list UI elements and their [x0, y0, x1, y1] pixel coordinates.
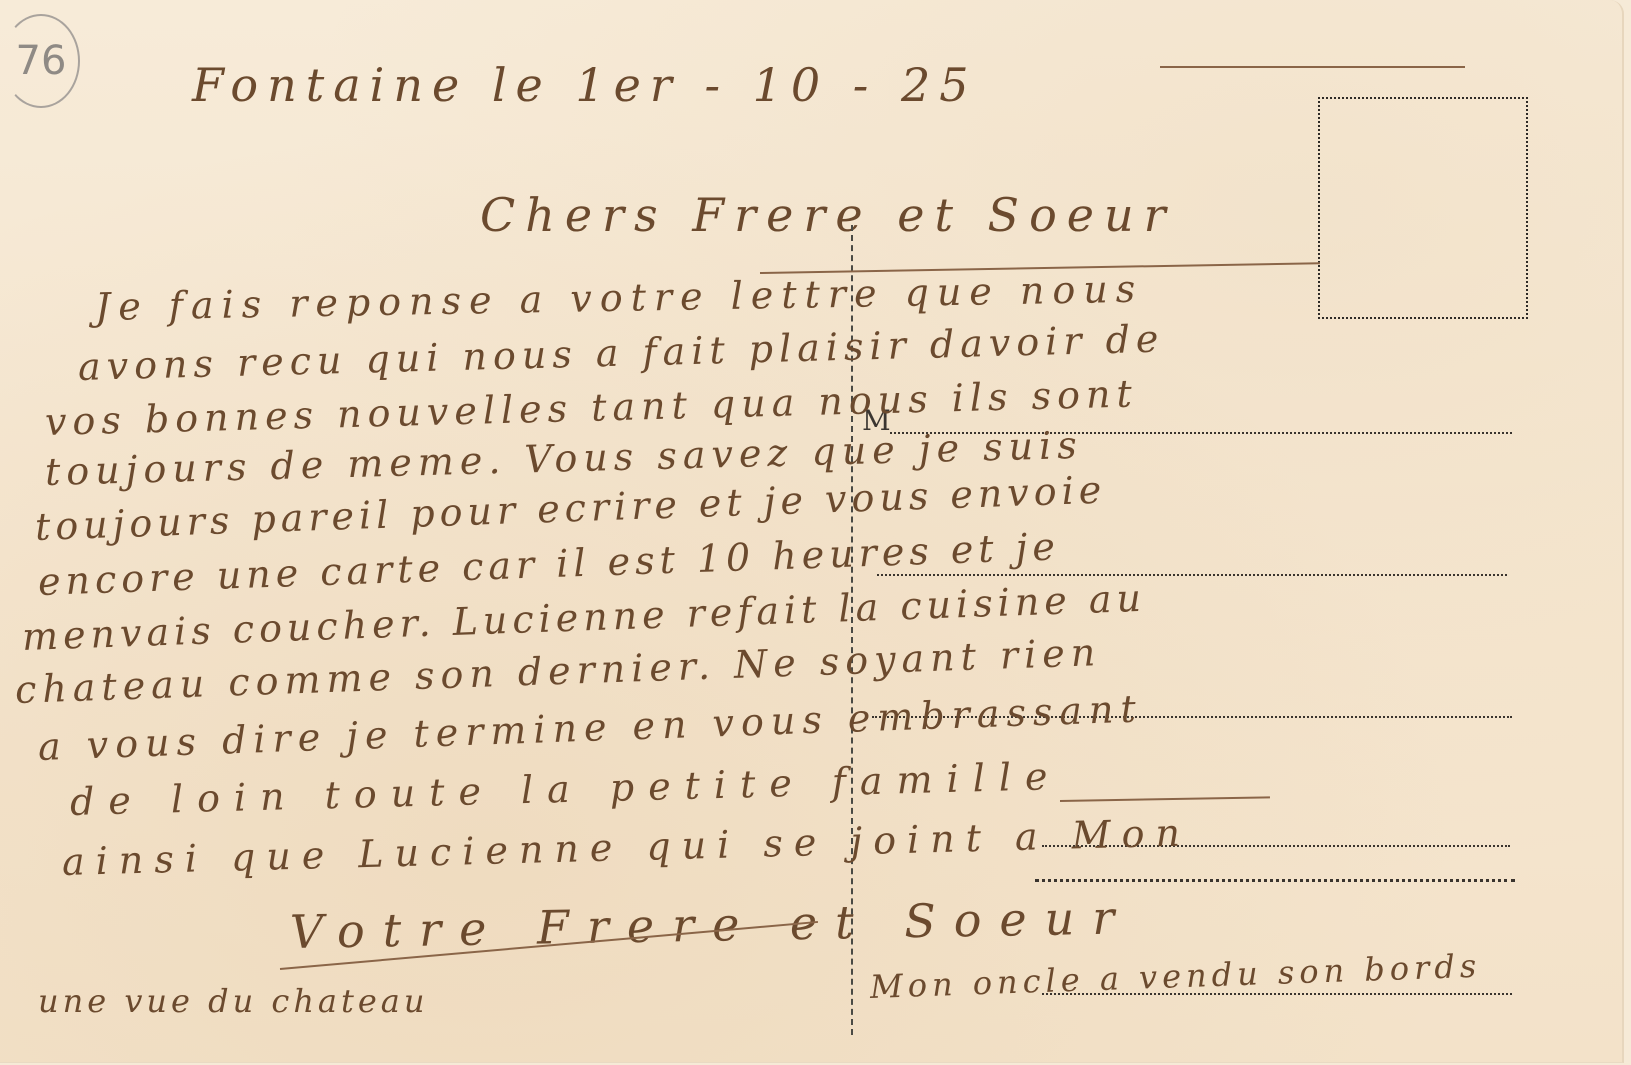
flourish-stroke — [1060, 796, 1270, 802]
signature-line: Votre Frere et Soeur — [290, 890, 1133, 959]
salutation: Chers Frere et Soeur — [480, 188, 1176, 242]
body-line-11: ainsi que Lucienne qui se joint a Mon — [61, 810, 1191, 884]
postcard-back: 76 Fontaine le 1er - 10 - 25 Chers Frere… — [0, 0, 1624, 1063]
body-line-10: de loin toute la petite famille — [69, 754, 1062, 824]
address-line-5 — [1035, 879, 1515, 882]
pencil-circled-number: 76 — [2, 14, 80, 108]
body-line-1: Je fais reponse a votre lettre que nous — [95, 267, 1144, 329]
stamp-box — [1318, 97, 1528, 319]
footer-note-left: une vue du chateau — [38, 982, 428, 1020]
address-line-2 — [877, 574, 1507, 576]
place-date-line: Fontaine le 1er - 10 - 25 — [192, 58, 978, 112]
footer-note-right: Mon oncle a vendu son bords — [869, 947, 1481, 1006]
date-underline — [1160, 66, 1465, 68]
